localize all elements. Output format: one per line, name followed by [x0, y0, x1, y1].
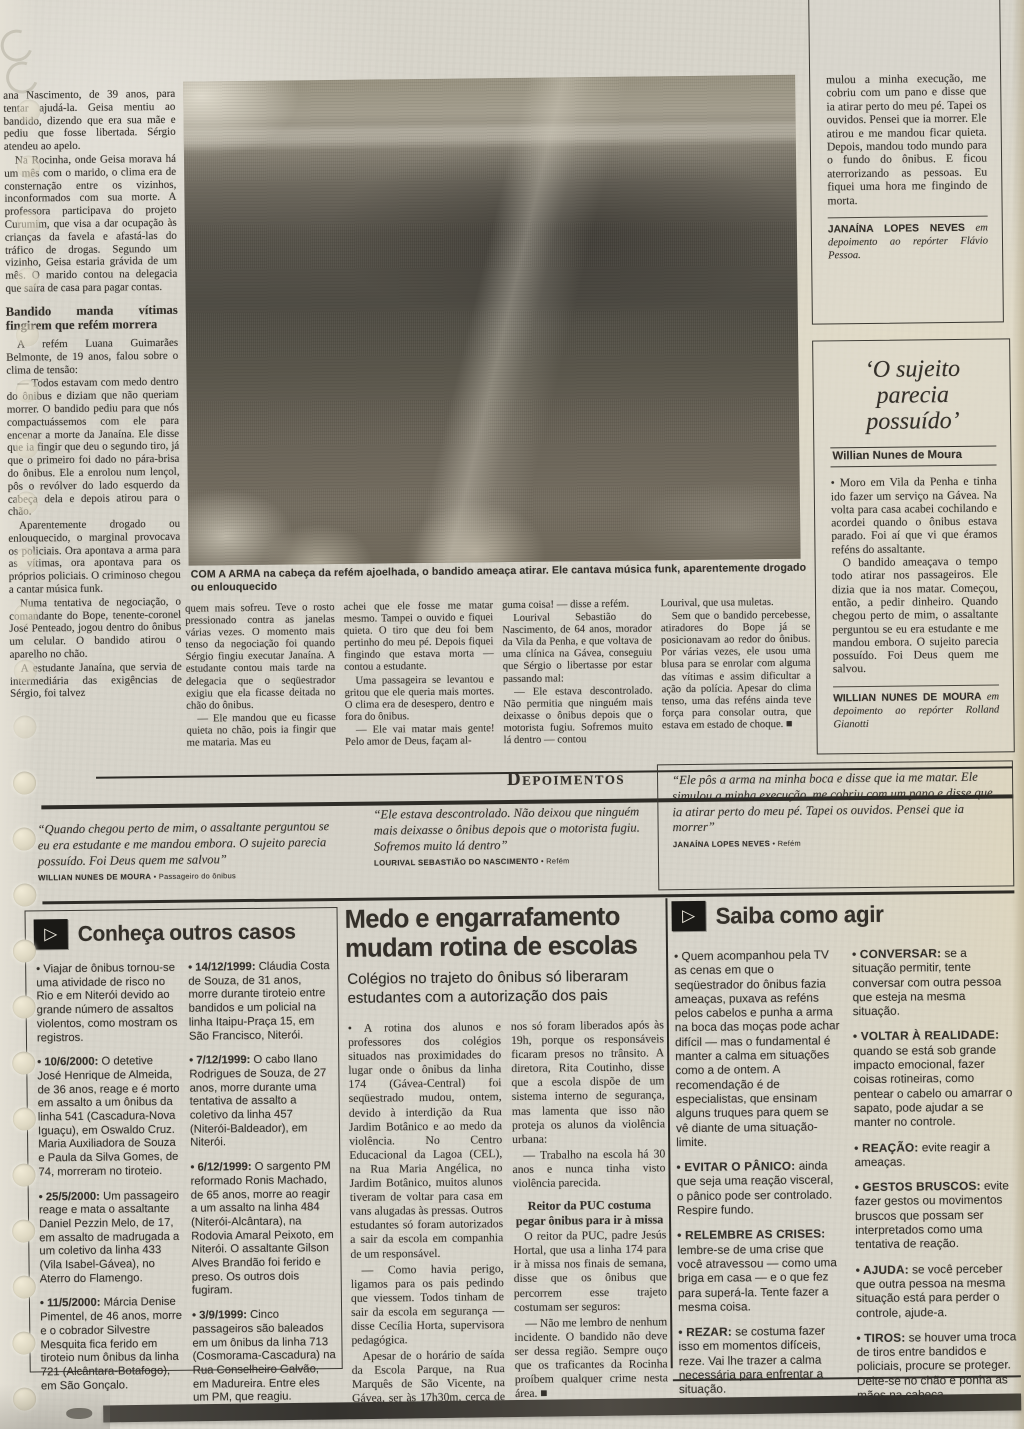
article-paragraph: Lourival Sebastião do Nascimento, de 64 … — [502, 611, 652, 685]
tip-label: • REZAR: — [678, 1325, 732, 1340]
article-paragraph: — Como havia perigo, ligamos para os pai… — [351, 1262, 505, 1348]
attribution-role: • Passageiro do ônibus — [151, 872, 236, 882]
article-paragraph: — Ele mandou que eu ficasse quieta no ch… — [186, 711, 336, 749]
tip-item: • REAÇÃO: evite reagir a ameaças. — [854, 1139, 1014, 1169]
pull-quote: “Ele estava descontrolado. Não deixou qu… — [373, 804, 652, 868]
tip-text: lembre-se de uma crise que você atravess… — [677, 1241, 837, 1314]
story-column-1: quem mais sofreu. Teve o rosto pressiona… — [185, 601, 336, 769]
pull-quote-boxed: “Ele pôs a arma na minha boca e disse qu… — [657, 760, 1014, 890]
case-item: • 10/6/2000: O detetive José Henrique de… — [37, 1055, 180, 1180]
tip-label: • EVITAR O PÂNICO: — [676, 1159, 795, 1174]
arrow-icon: ▷ — [671, 901, 705, 931]
tip-item: • TIROS: se houver uma troca de tiros en… — [856, 1329, 1017, 1402]
quote-text: “Quando chegou perto de mim, o assaltant… — [38, 819, 339, 870]
tip-label: • AJUDA: — [856, 1262, 909, 1277]
binding-hole — [14, 547, 37, 570]
tip-item: • REZAR: se costuma fazer isso em moment… — [678, 1323, 845, 1396]
caption-lead: COM A ARMA — [191, 568, 261, 581]
article-paragraph: — Ele estava descontrolado. Não permitia… — [503, 684, 653, 746]
schools-headline: Medo e engarrafamento mudam rotina de es… — [344, 901, 658, 962]
attribution-name: JANAÍNA LOPES NEVES — [673, 839, 770, 849]
schools-column-2: nos só foram liberados após às 19h, porq… — [511, 1018, 668, 1403]
article-paragraph: — Não me lembro de nenhum incidente. O b… — [514, 1315, 668, 1401]
case-date: • 14/12/1999: — [188, 961, 256, 974]
tip-item: • CONVERSAR: se a situação permitir, ten… — [852, 945, 1013, 1018]
case-text: Márcia Denise Pimentel, de 46 anos, morr… — [40, 1296, 182, 1392]
other-cases-section: ▷ Conheça outros casos • Viajar de ônibu… — [25, 907, 343, 1373]
scan-corner-shadow — [0, 1384, 110, 1429]
tip-label: • REAÇÃO: — [854, 1140, 918, 1155]
case-date: • 10/6/2000: — [37, 1056, 98, 1069]
article-paragraph: quem mais sofreu. Teve o rosto pressiona… — [185, 601, 336, 712]
case-item: • 6/12/1999: O sargento PM reformado Ron… — [190, 1160, 336, 1299]
quote-attribution: WILLIAN NUNES DE MOURA • Passageiro do ô… — [38, 870, 338, 882]
section-header: ▷ Conheça outros casos — [34, 916, 329, 949]
binding-hole — [16, 267, 39, 290]
article-paragraph: Numa tentativa de negociação, o comandan… — [9, 596, 182, 662]
testimonial-box-willian: ‘O sujeito parecia possuído’ Willian Nun… — [812, 338, 1015, 754]
schools-subhead: Reitor da PUC costuma pegar ônibus para … — [513, 1197, 666, 1228]
article-paragraph: Lourival, que usa muletas. — [661, 596, 811, 610]
testimonial-byline: Willian Nunes de Moura — [830, 445, 996, 467]
binding-hole — [15, 491, 38, 514]
binding-hole — [13, 939, 36, 962]
case-text: O cabo Ilano Rodrigues de Souza, de 27 a… — [189, 1053, 326, 1149]
tip-item: • AJUDA: se você perceber que outra pess… — [856, 1261, 1017, 1320]
binding-hole — [13, 1275, 36, 1298]
section-title: Conheça outros casos — [78, 919, 296, 946]
attribution-role: • Refém — [539, 857, 570, 866]
quote-text: “Ele estava descontrolado. Não deixou qu… — [373, 804, 652, 855]
article-paragraph: • A rotina dos alunos e professores dos … — [348, 1020, 504, 1261]
cases-intro: • Viajar de ônibus tornou-se uma ativida… — [36, 962, 179, 1046]
binding-hole — [12, 1051, 35, 1074]
binding-hole — [15, 379, 38, 402]
binding-hole — [13, 771, 36, 794]
cases-column-1: • Viajar de ônibus tornou-se uma ativida… — [36, 962, 183, 1405]
article-paragraph: guma coisa! — disse a refém. — [502, 597, 652, 611]
attribution-name: WILLIAN NUNES DE MOURA — [833, 691, 982, 704]
caption-text: na cabeça da refém ajoelhada, o bandido … — [191, 562, 806, 593]
case-item: • 3/9/1999: Cinco passageiros são balead… — [192, 1308, 337, 1406]
story-column-4: Lourival, que usa muletas. Sem que o ban… — [661, 596, 812, 764]
binding-hole — [16, 323, 39, 346]
tip-item: • EVITAR O PÂNICO: ainda que seja uma re… — [676, 1158, 843, 1217]
article-paragraph: nos só foram liberados após às 19h, porq… — [511, 1018, 665, 1147]
quote-attribution: LOURIVAL SEBASTIÃO DO NASCIMENTO • Refém — [374, 856, 652, 868]
testimonial-attribution: WILLIAN NUNES DE MOURA em depoimento ao … — [833, 684, 999, 731]
case-item: • 14/12/1999: Cláudia Costa de Souza, de… — [188, 960, 333, 1044]
binding-hole — [14, 659, 37, 682]
hostage-news-photo — [183, 75, 800, 566]
binding-hole — [12, 1331, 35, 1354]
photo-grain-overlay — [183, 75, 800, 566]
quote-attribution: JANAÍNA LOPES NEVES • Refém — [673, 837, 999, 850]
tips-column-2: • CONVERSAR: se a situação permitir, ten… — [852, 945, 1017, 1413]
binding-hole — [17, 99, 40, 122]
tips-column-1: • Quem acompanhou pela TV as cenas em qu… — [674, 947, 845, 1407]
binding-hole — [14, 603, 37, 626]
tip-label: • VOLTAR À REALIDADE: — [853, 1028, 999, 1044]
testimonial-text: mulou a minha execução, me cobriu com um… — [826, 72, 988, 208]
article-paragraph: O reitor da PUC, padre Jesús Hortal, que… — [513, 1228, 667, 1314]
binding-hole — [13, 883, 36, 906]
scanned-newspaper-page: ana Nascimento, de 39 anos, para tentar … — [0, 0, 1024, 1429]
testimonial-text: • Moro em Vila da Penha e tinha ido faze… — [831, 475, 998, 557]
tip-label: • RELEMBRE AS CRISES: — [677, 1227, 825, 1243]
case-date: • 3/9/1999: — [192, 1309, 247, 1322]
schools-deck: Colégios no trajeto do ônibus só liberar… — [347, 966, 649, 1007]
quote-text: “Ele pôs a arma na minha boca e disse qu… — [672, 769, 999, 836]
case-item: • 11/5/2000: Márcia Denise Pimentel, de … — [40, 1296, 183, 1394]
article-paragraph: achei que ele fosse me matar mesmo. Tamp… — [344, 599, 494, 673]
case-date: • 6/12/1999: — [190, 1161, 251, 1174]
article-paragraph: Uma passageira se levantou e gritou que … — [344, 673, 494, 723]
photo-caption: COM A ARMA na cabeça da refém ajoelhada,… — [191, 562, 809, 594]
tip-item: • VOLTAR À REALIDADE: quando se está sob… — [853, 1028, 1014, 1130]
schools-column-1: • A rotina dos alunos e professores dos … — [348, 1020, 506, 1422]
binding-hole — [15, 435, 38, 458]
binding-hole — [17, 211, 40, 234]
article-paragraph: — Ele vai matar mais gente! Pelo amor de… — [345, 722, 495, 748]
tip-label: • CONVERSAR: — [852, 946, 941, 961]
case-item: • 7/12/1999: O cabo Ilano Rodrigues de S… — [189, 1053, 334, 1151]
depoimentos-title: Depoimentos — [456, 767, 676, 791]
cases-column-2: • 14/12/1999: Cláudia Costa de Souza, de… — [188, 960, 337, 1417]
testimonial-title: ‘O sujeito parecia possuído’ — [829, 355, 996, 435]
tip-label: • TIROS: — [856, 1330, 905, 1345]
binding-hole — [12, 1219, 35, 1242]
tip-item: • RELEMBRE AS CRISES: lembre-se de uma c… — [677, 1227, 844, 1315]
tips-intro: • Quem acompanhou pela TV as cenas em qu… — [674, 947, 842, 1149]
binding-hole — [12, 1163, 35, 1186]
article-paragraph: Sem que o bandido percebesse, atiradores… — [661, 609, 812, 732]
section-header: ▷ Saiba como agir — [667, 897, 1015, 931]
binding-hole — [13, 715, 36, 738]
case-date: • 11/5/2000: — [40, 1297, 101, 1310]
tip-text: quando se está sob grande impacto emocio… — [853, 1042, 1012, 1129]
how-to-act-section: ▷ Saiba como agir • Quem acompanhou pela… — [667, 897, 1020, 1381]
binding-hole — [13, 1107, 36, 1130]
binding-hole — [17, 155, 40, 178]
section-title: Saiba como agir — [715, 900, 883, 929]
case-item: • 25/5/2000: Um passageiro reage e mata … — [39, 1189, 182, 1287]
tip-item: • GESTOS BRUSCOS: evite fazer gestos ou … — [855, 1178, 1016, 1251]
attribution-name: LOURIVAL SEBASTIÃO DO NASCIMENTO — [374, 857, 539, 868]
binding-hole — [13, 827, 36, 850]
testimonial-box-janaina: mulou a minha execução, me cobriu com um… — [808, 0, 1004, 325]
binding-hole — [12, 995, 35, 1018]
story-columns: quem mais sofreu. Teve o rosto pressiona… — [185, 596, 812, 769]
case-text: O detetive José Henrique de Almeida, de … — [37, 1055, 179, 1178]
tip-label: • GESTOS BRUSCOS: — [855, 1179, 981, 1194]
case-date: • 25/5/2000: — [39, 1190, 100, 1203]
case-text: Cinco passageiros são baleados em um ôni… — [192, 1309, 336, 1404]
article-paragraph: — Trabalho na escola há 30 anos e nunca … — [512, 1147, 665, 1191]
arrow-icon: ▷ — [34, 919, 68, 949]
case-date: • 7/12/1999: — [189, 1054, 250, 1067]
case-text: O sargento PM reformado Ronis Machado, d… — [191, 1160, 334, 1297]
case-text: Um passageiro reage e mata o assaltante … — [39, 1189, 179, 1285]
attribution-name: JANAÍNA LOPES NEVES — [828, 223, 965, 236]
story-column-2: achei que ele fosse me matar mesmo. Tamp… — [344, 599, 495, 767]
pull-quote: “Quando chegou perto de mim, o assaltant… — [38, 819, 339, 883]
attribution-name: WILLIAN NUNES DE MOURA — [38, 872, 151, 882]
attribution-role: • Refém — [770, 839, 801, 848]
testimonial-text: O bandido ameaçava o tempo todo atirar n… — [832, 555, 999, 677]
testimonial-attribution: JANAÍNA LOPES NEVES em depoimento ao rep… — [828, 216, 989, 263]
story-column-3: guma coisa! — disse a refém. Lourival Se… — [502, 597, 653, 765]
